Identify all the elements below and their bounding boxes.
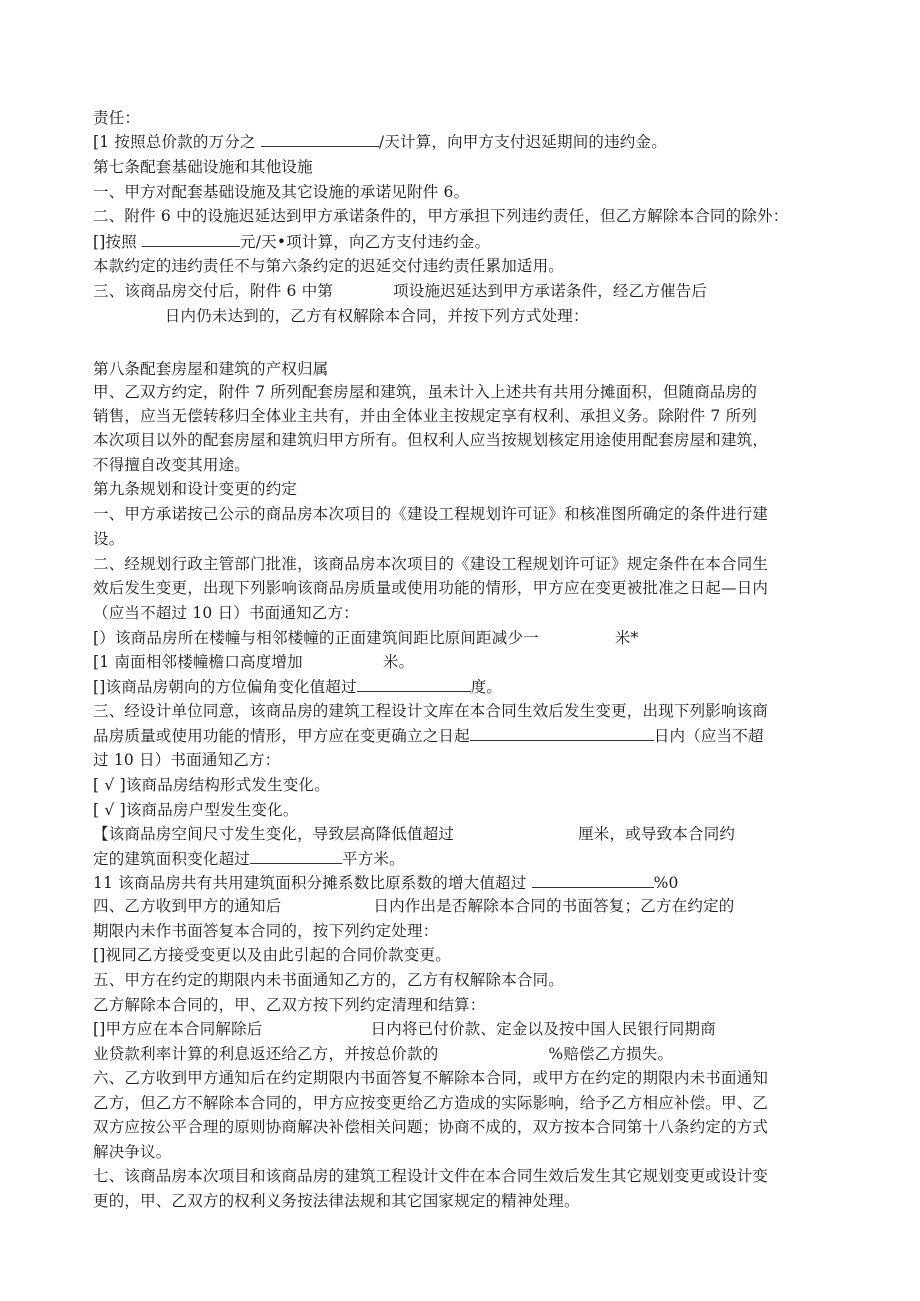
line-text: 元/天•项计算，向乙方支付违约金。 [240,233,490,251]
line-text: 11 该商品房共有共用建筑面积分摊系数比原系数的增大值超过 [93,874,532,892]
document-line: 一、甲方对配套基础设施及其它设施的承诺见附件 6。 [93,182,469,202]
document-line: 甲、乙双方约定，附件 7 所列配套房屋和建筑，虽未计入上述共有共用分摊面积，但随… [93,382,757,402]
line-text: 日内（应当不超 [654,727,764,745]
fill-in-blank [532,873,654,888]
fill-in-blank [250,849,342,864]
fill-in-blank [357,677,471,692]
document-line: 六、乙方收到甲方通知后在约定期限内书面答复不解除本合同，或甲方在约定的期限内未书… [93,1068,768,1088]
line-text: 品房质量或使用功能的情形，甲方应在变更确立之日起 [93,727,470,745]
line-text: 项设施迟延达到甲方承诺条件，经乙方催告后 [393,282,707,300]
document-line: [ √ ]该商品房户型发生变化。 [93,800,299,820]
document-line: 定的建筑面积变化超过平方米。 [93,849,405,869]
document-line: 本次项目以外的配套房屋和建筑归甲方所有。但权利人应当按规划核定用途使用配套房屋和… [93,430,768,450]
line-text: 【该商品房空间尺寸发生变化，导致层高降低值超过 [93,825,454,843]
document-line: 三、经设计单位同意，该商品房的建筑工程设计文库在本合同生效后发生变更，出现下列影… [93,701,768,721]
document-line: （应当不超过 10 日）书面通知乙方： [93,603,359,623]
document-line: []按照 元/天•项计算，向乙方支付违约金。 [93,232,490,252]
document-line: []视同乙方接受变更以及由此引起的合同价款变更。 [93,945,451,965]
line-text: [1 按照总价款的万分之 [93,133,261,151]
document-line: 四、乙方收到甲方的通知后日内作出是否解除本合同的书面答复；乙方在约定的 [93,896,735,916]
document-line: 第九条规划和设计变更的约定 [93,479,297,499]
document-line: [1 南面相邻楼幢檐口高度增加米。 [93,652,414,672]
line-text: 平方米。 [342,850,405,868]
line-text: 四、乙方收到甲方的通知后 [93,897,281,915]
line-text: 米* [615,629,639,647]
line-text: []按照 [93,233,142,251]
document-line: 解决争议。 [93,1142,172,1162]
document-line: 品房质量或使用功能的情形，甲方应在变更确立之日起日内（应当不超 [93,726,764,746]
document-line: 本款约定的违约责任不与第六条约定的迟延交付违约责任累加适用。 [93,256,564,276]
document-line: 业贷款利率计算的利息返还给乙方，并按总价款的%赔偿乙方损失。 [93,1044,673,1064]
document-line: [）该商品房所在楼幢与相邻楼幢的正面建筑间距比原间距减少一米* [93,628,639,648]
line-text: /天计算，向甲方支付迟延期间的违约金。 [379,133,667,151]
line-text: 三、该商品房交付后，附件 6 中第 [93,282,333,300]
line-text: 日内作出是否解除本合同的书面答复；乙方在约定的 [373,897,734,915]
document-line: 二、附件 6 中的设施迟延达到甲方承诺条件的，甲方承担下列违约责任，但乙方解除本… [93,206,788,226]
document-line: []甲方应在本合同解除后日内将已付价款、定金以及按中国人民银行同期商 [93,1019,716,1039]
line-text: 厘米，或导致本合同约 [578,825,735,843]
document-line: 期限内未作书面答复本合同的，按下列约定处理： [93,921,438,941]
document-line: 设。 [93,529,124,549]
document-line: [1 按照总价款的万分之 /天计算，向甲方支付迟延期间的违约金。 [93,132,667,152]
document-line: 第八条配套房屋和建筑的产权归属 [93,359,329,379]
document-line: 二、经规划行政主管部门批准，该商品房本次项目的《建设工程规划许可证》规定条件在本… [93,554,768,574]
line-text: %0 [654,874,679,892]
document-line: 日内仍未达到的，乙方有权解除本合同，并按下列方式处理： [93,306,589,326]
line-text: 米。 [383,653,414,671]
document-line: 销售，应当无偿转移归全体业主共有，并由全体业主按规定享有权利、承担义务。除附件 … [93,406,757,426]
document-line: 效后发生变更，出现下列影响该商品房质量或使用功能的情形，甲方应在变更被批准之日起… [93,578,768,598]
document-line: 不得擅自改变其用途。 [93,455,250,475]
document-line: 双方应按公平合理的原则协商解决补偿相关问题；协商不成的，双方按本合同第十八条约定… [93,1117,768,1137]
document-line: []该商品房朝向的方位偏角变化值超过度。 [93,677,502,697]
fill-in-blank [470,726,654,741]
document-line: 过 10 日）书面通知乙方： [93,750,280,770]
line-text: 定的建筑面积变化超过 [93,850,250,868]
document-line: 更的，甲、乙双方的权利义务按法律法规和其它国家规定的精神处理。 [93,1191,580,1211]
document-line: 责任： [93,108,140,128]
document-line: 五、甲方在约定的期限内未书面通知乙方的，乙方有权解除本合同。 [93,970,564,990]
line-text: 度。 [471,678,502,696]
line-text: [）该商品房所在楼幢与相邻楼幢的正面建筑间距比原间距减少一 [93,629,539,647]
document-line: 七、该商品房本次项目和该商品房的建筑工程设计文件在本合同生效后发生其它规划变更或… [93,1166,768,1186]
line-text: []该商品房朝向的方位偏角变化值超过 [93,678,357,696]
document-line: [ √ ]该商品房结构形式发生变化。 [93,775,330,795]
fill-in-blank [261,132,379,147]
line-text: 日内将已付价款、定金以及按中国人民银行同期商 [371,1020,716,1038]
line-text: %赔偿乙方损失。 [548,1045,673,1063]
document-line: 一、甲方承诺按己公示的商品房本次项目的《建设工程规划许可证》和核准图所确定的条件… [93,504,768,524]
document-line: 11 该商品房共有共用建筑面积分摊系数比原系数的增大值超过 %0 [93,873,679,893]
line-text: []甲方应在本合同解除后 [93,1020,263,1038]
line-text: 业贷款利率计算的利息返还给乙方，并按总价款的 [93,1045,438,1063]
document-line: 【该商品房空间尺寸发生变化，导致层高降低值超过厘米，或导致本合同约 [93,824,735,844]
document-line: 第七条配套基础设施和其他设施 [93,157,313,177]
fill-in-blank [142,232,240,247]
document-line: 乙方解除本合同的，甲、乙双方按下列约定清理和结算： [93,995,486,1015]
document-line: 三、该商品房交付后，附件 6 中第项设施迟延达到甲方承诺条件，经乙方催告后 [93,281,707,301]
document-page: 责任：[1 按照总价款的万分之 /天计算，向甲方支付迟延期间的违约金。第七条配套… [0,0,920,1301]
document-line: 乙方，但乙方不解除本合同的，甲方应按变更给乙方造成的实际影响，给予乙方相应补偿。… [93,1093,768,1113]
line-text: [1 南面相邻楼幢檐口高度增加 [93,653,303,671]
